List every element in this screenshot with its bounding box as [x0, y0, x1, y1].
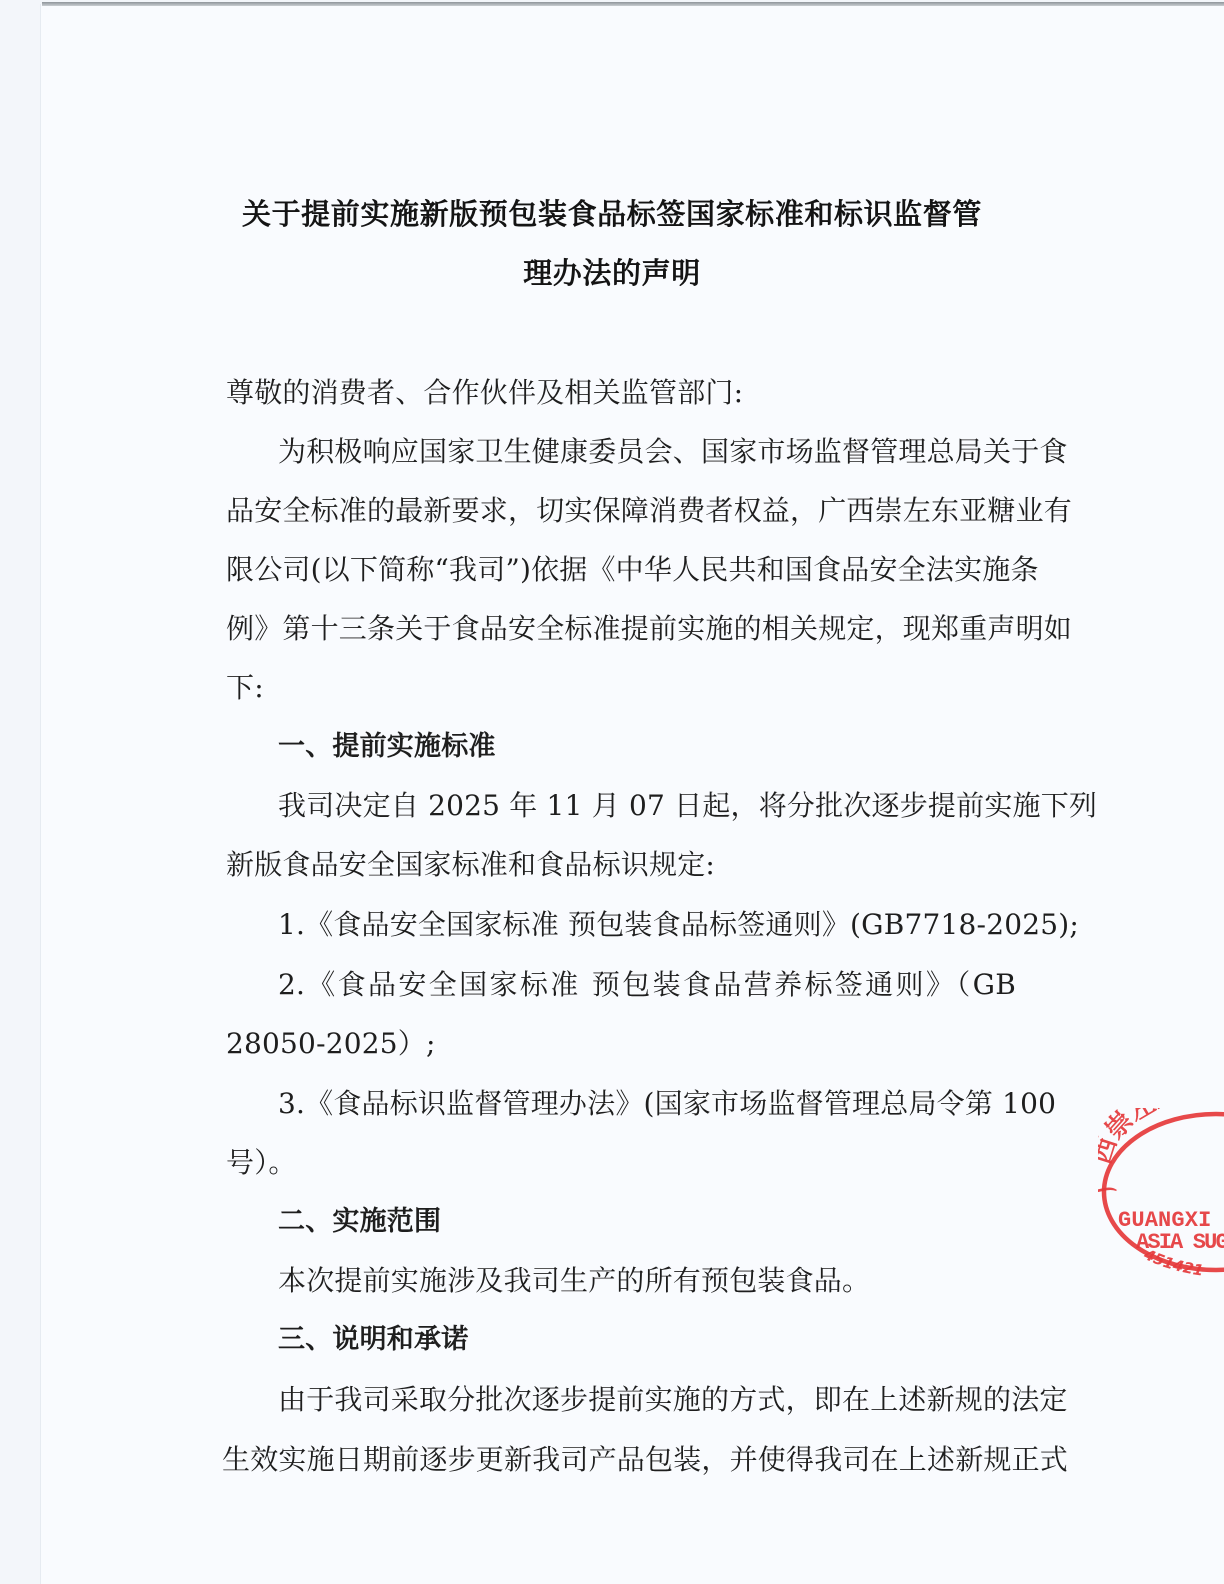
standard-item-2-cont: 28050-2025）; — [226, 1027, 436, 1061]
seal-stamp-icon: 广西崇左东 GUANGXI C ASIA SUGA 451421 — [1098, 1108, 1224, 1278]
document-title-line-2: 理办法的声明 — [0, 255, 1224, 291]
section-1-line-1: 我司决定自 2025 年 11 月 07 日起，将分批次逐步提前实施下列 — [278, 789, 1016, 823]
section-2-line-1: 本次提前实施涉及我司生产的所有预包装食品。 — [278, 1264, 870, 1298]
intro-line-3: 限公司(以下简称“我司”)依据《中华人民共和国食品安全法实施条 — [226, 553, 1016, 587]
section-3-line-2: 生效实施日期前逐步更新我司产品包装，并使得我司在上述新规正式 — [222, 1443, 1014, 1477]
document-title-line-1: 关于提前实施新版预包装食品标签国家标准和标识监督管 — [0, 196, 1224, 232]
intro-line-2: 品安全标准的最新要求，切实保障消费者权益，广西崇左东亚糖业有 — [226, 494, 1016, 528]
section-heading-2: 二、实施范围 — [278, 1205, 441, 1239]
standard-item-3: 3.《食品标识监督管理办法》(国家市场监督管理总局令第 100 — [278, 1087, 1016, 1121]
standard-item-1: 1.《食品安全国家标准 预包装食品标签通则》(GB7718-2025); — [278, 908, 1079, 942]
intro-line-5: 下: — [226, 671, 264, 705]
section-1-line-2: 新版食品安全国家标准和食品标识规定: — [226, 848, 715, 882]
section-heading-3: 三、说明和承诺 — [278, 1323, 468, 1357]
standard-item-3-cont: 号）。 — [226, 1146, 297, 1180]
scan-top-edge — [42, 2, 1224, 6]
intro-line-4: 例》第十三条关于食品安全标准提前实施的相关规定，现郑重声明如 — [226, 612, 1016, 646]
standard-item-2: 2.《食品安全国家标准 预包装食品营养标签通则》（GB — [278, 968, 1016, 1002]
section-heading-1: 一、提前实施标准 — [278, 730, 496, 764]
company-seal: 广西崇左东 GUANGXI C ASIA SUGA 451421 — [1098, 1108, 1224, 1278]
section-3-line-1: 由于我司采取分批次逐步提前实施的方式，即在上述新规的法定 — [278, 1383, 1016, 1417]
salutation: 尊敬的消费者、合作伙伴及相关监管部门: — [226, 376, 743, 410]
intro-line-1: 为积极响应国家卫生健康委员会、国家市场监督管理总局关于食 — [278, 435, 1016, 469]
